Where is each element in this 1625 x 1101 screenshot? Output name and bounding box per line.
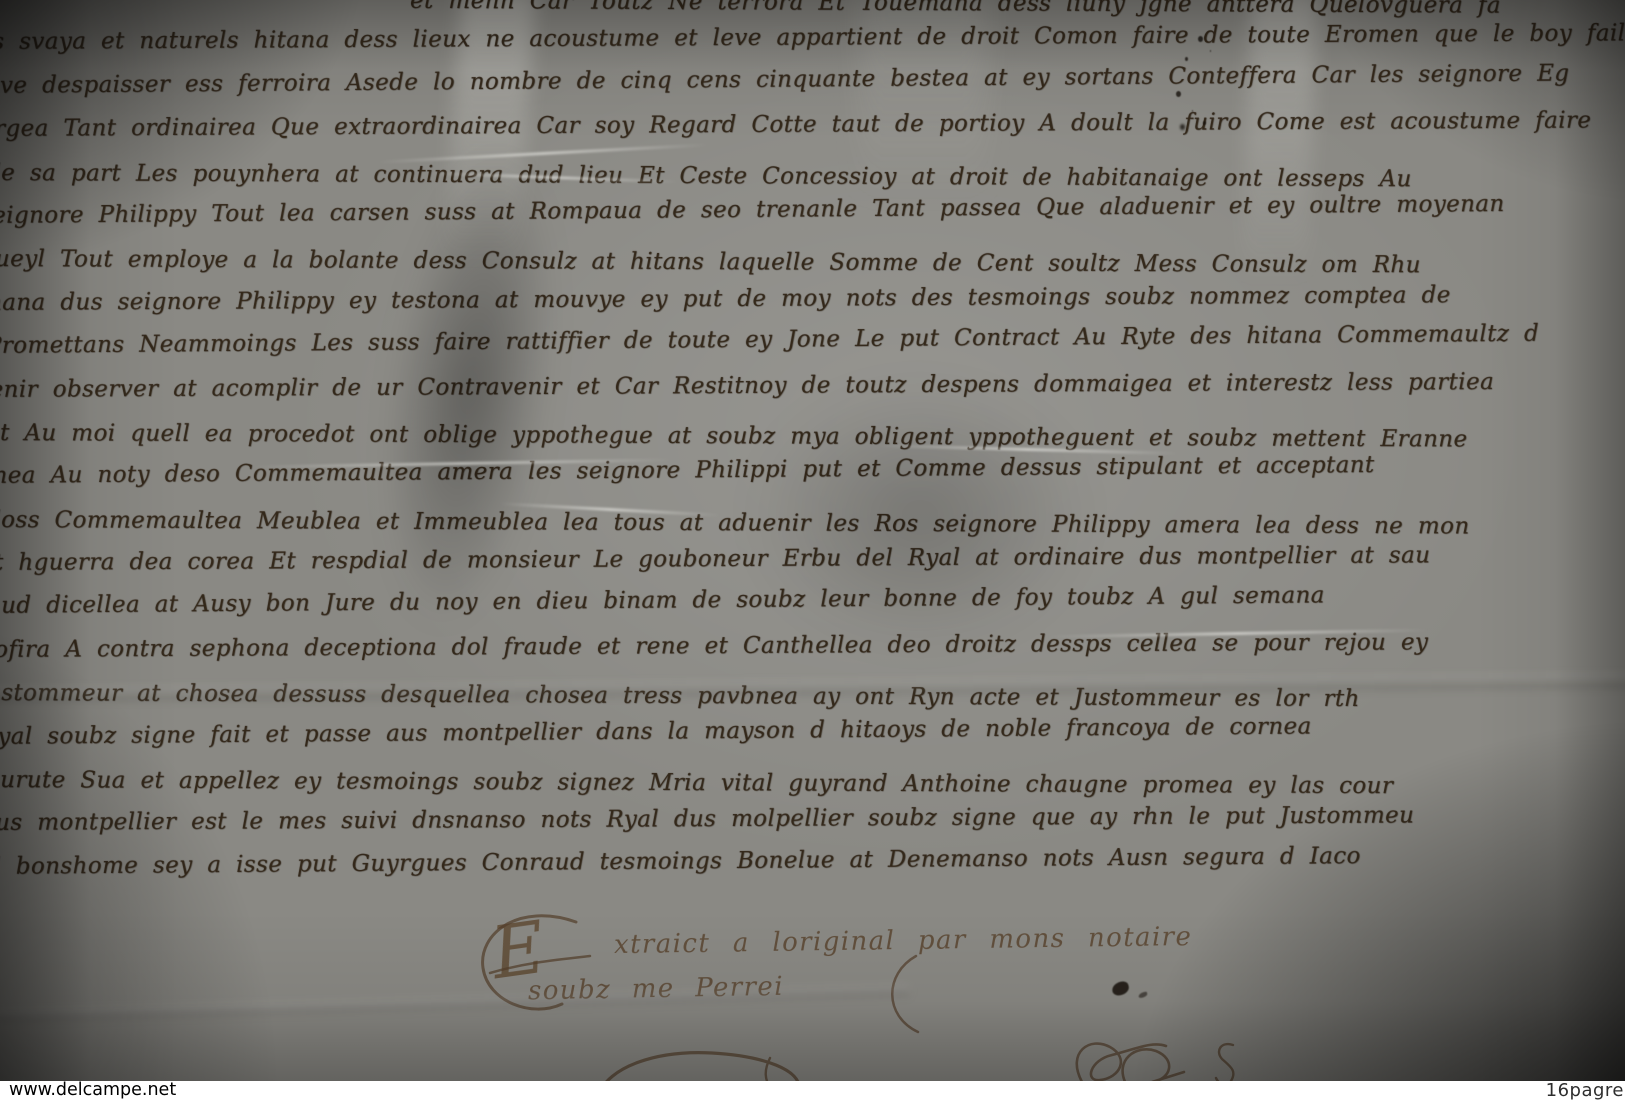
- paraph-squiggle: [1216, 1044, 1233, 1081]
- manuscript-line: tenir observer at acomplir de ur Contrav…: [0, 368, 1625, 420]
- notary-note-line: soubz me Perrei: [528, 972, 784, 1006]
- notary-note-line: xtraict a loriginal par mons notaire: [614, 922, 1193, 960]
- manuscript-photo: et menn Car Toutz Ne terrora Et Touemana…: [0, 0, 1625, 1101]
- watermark-bar: www.delcampe.net 16pagre: [0, 1081, 1625, 1101]
- bottom-oval-flourish: [598, 1053, 799, 1081]
- parchment: et menn Car Toutz Ne terrora Et Touemana…: [0, 0, 1625, 1081]
- bottom-small-stroke: [766, 1058, 772, 1081]
- manuscript-line: aofira A contra sephona deceptiona dol f…: [0, 628, 1625, 680]
- note-paren-flourish: [892, 956, 918, 1032]
- manuscript-text-block: et menn Car Toutz Ne terrora Et Touemana…: [0, 0, 1625, 897]
- ink-speck-cluster: [1198, 36, 1203, 42]
- watermark-delcampe: www.delcampe.net: [9, 1080, 176, 1101]
- manuscript-line: argea Tant ordinairea Que extraordinaire…: [0, 107, 1625, 159]
- watermark-16pagre: 16pagre: [1546, 1080, 1624, 1101]
- ink-blot: [1111, 980, 1131, 997]
- notary-paraph: [1077, 1044, 1184, 1081]
